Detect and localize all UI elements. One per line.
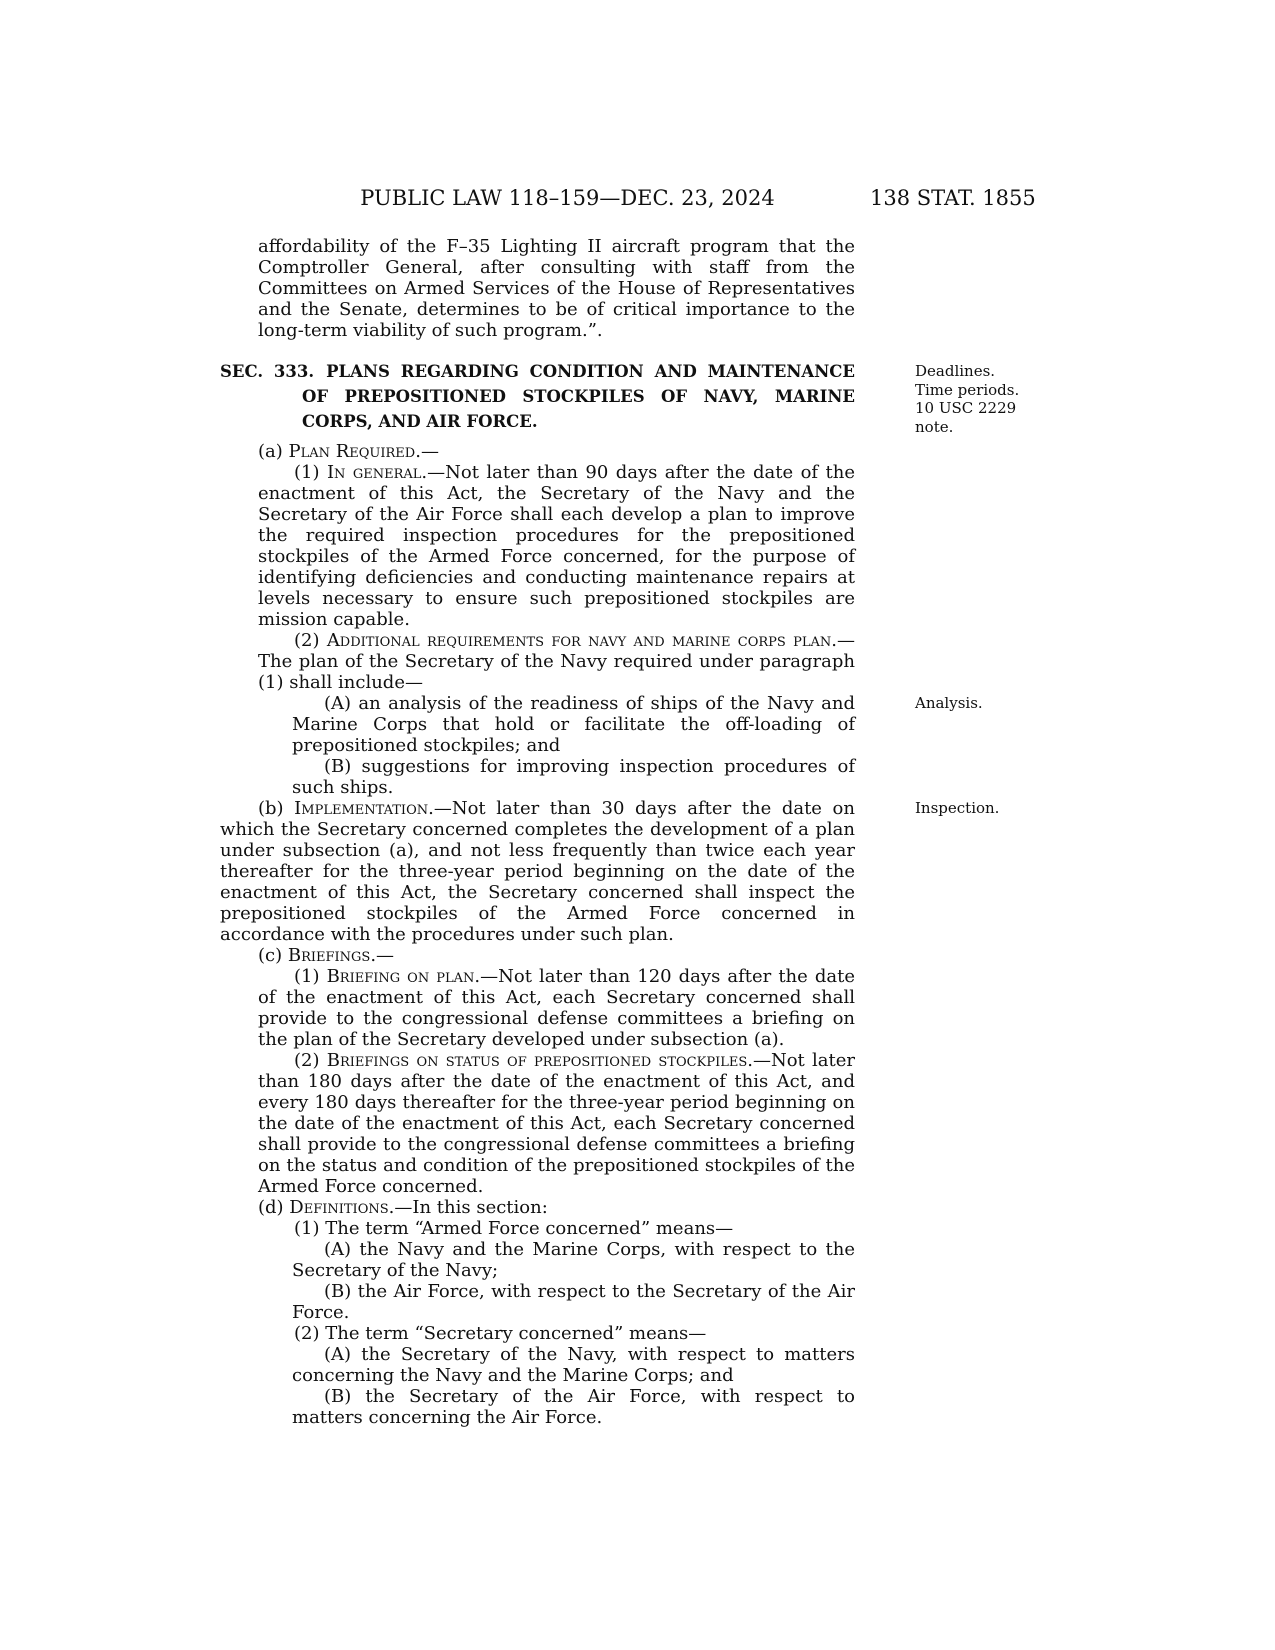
text-run: (B) suggestions for improving inspection… [292, 756, 855, 798]
text-run: (B) the Air Force, with respect to the S… [292, 1281, 855, 1323]
margin-note-inspection: Inspection. [915, 799, 999, 818]
paragraph-a: (a) Plan Required.— [220, 441, 855, 462]
paragraph-d: (d) Definitions.—In this section: [220, 1197, 855, 1218]
smallcaps-heading: Plan Required [289, 441, 416, 462]
paragraph-a2B: (B) suggestions for improving inspection… [292, 756, 855, 798]
smallcaps-heading: Definitions [289, 1197, 388, 1218]
running-head-law-title: PUBLIC LAW 118–159—DEC. 23, 2024 [250, 186, 885, 210]
text-run: .— [370, 945, 394, 966]
text-run: .— [415, 441, 439, 462]
margin-note-line: Analysis. [915, 694, 983, 713]
text-run: (a) [258, 441, 289, 462]
document-page: PUBLIC LAW 118–159—DEC. 23, 2024 138 STA… [0, 0, 1275, 1650]
text-run: .—In this section: [389, 1197, 548, 1218]
text-run: .—Not later than 180 days after the date… [258, 1050, 855, 1197]
text-run: (2) The term “Secretary concerned” means… [294, 1323, 706, 1344]
smallcaps-heading: Additional requirements for navy and mar… [327, 630, 831, 651]
margin-note-line: Deadlines. [915, 362, 1019, 381]
paragraph-b: (b) Implementation.—Not later than 30 da… [220, 798, 855, 945]
text-run: (A) an analysis of the readiness of ship… [292, 693, 855, 756]
section-title: PLANS REGARDING CONDITION AND MAINTENANC… [302, 362, 855, 431]
text-run: (1) [294, 462, 327, 483]
section-number: SEC. 333. [220, 362, 314, 381]
paragraph-d1A: (A) the Navy and the Marine Corps, with … [292, 1239, 855, 1281]
text-run: (b) [258, 798, 294, 819]
text-run: .—Not later than 30 days after the date … [220, 798, 855, 945]
paragraph-c: (c) Briefings.— [220, 945, 855, 966]
text-run: .—Not later than 90 days after the date … [258, 462, 855, 630]
paragraph-d2B: (B) the Secretary of the Air Force, with… [292, 1386, 855, 1428]
smallcaps-heading: Briefings [288, 945, 370, 966]
text-run: (1) [294, 966, 327, 987]
smallcaps-heading: In general [327, 462, 421, 483]
text-run: (d) [258, 1197, 289, 1218]
paragraph-d1B: (B) the Air Force, with respect to the S… [292, 1281, 855, 1323]
statute-body: (a) Plan Required.—(1) In general.—Not l… [220, 441, 855, 1428]
margin-note-line: 10 USC 2229 [915, 399, 1019, 418]
smallcaps-heading: Briefing on plan [327, 966, 475, 987]
paragraph-a2A: (A) an analysis of the readiness of ship… [292, 693, 855, 756]
quoted-amendment-continuation: affordability of the F–35 Lighting II ai… [258, 236, 855, 341]
text-run: (2) [294, 1050, 327, 1071]
text-run: (B) the Secretary of the Air Force, with… [292, 1386, 855, 1428]
running-head-stat-number: 138 STAT. 1855 [870, 186, 1036, 210]
text-run: (2) [294, 630, 327, 651]
smallcaps-heading: Implementation [294, 798, 428, 819]
margin-note-line: Time periods. [915, 381, 1019, 400]
text-run: (c) [258, 945, 288, 966]
paragraph-a2: (2) Additional requirements for navy and… [258, 630, 855, 693]
margin-note-line: note. [915, 418, 1019, 437]
running-head: PUBLIC LAW 118–159—DEC. 23, 2024 138 STA… [220, 186, 855, 213]
smallcaps-heading: Briefings on status of prepositioned sto… [327, 1050, 747, 1071]
section-333-heading: SEC. 333.PLANS REGARDING CONDITION AND M… [220, 359, 855, 434]
paragraph-c1: (1) Briefing on plan.—Not later than 120… [258, 966, 855, 1050]
margin-note-line: Inspection. [915, 799, 999, 818]
margin-note-usc: Deadlines. Time periods. 10 USC 2229 not… [915, 362, 1019, 436]
margin-note-analysis: Analysis. [915, 694, 983, 713]
paragraph-d2A: (A) the Secretary of the Navy, with resp… [292, 1344, 855, 1386]
text-run: (1) The term “Armed Force concerned” mea… [294, 1218, 733, 1239]
paragraph-d2: (2) The term “Secretary concerned” means… [258, 1323, 855, 1344]
page-content: PUBLIC LAW 118–159—DEC. 23, 2024 138 STA… [220, 186, 855, 1428]
paragraph-d1: (1) The term “Armed Force concerned” mea… [258, 1218, 855, 1239]
paragraph-c2: (2) Briefings on status of prepositioned… [258, 1050, 855, 1197]
text-run: (A) the Secretary of the Navy, with resp… [292, 1344, 855, 1386]
text-run: (A) the Navy and the Marine Corps, with … [292, 1239, 855, 1281]
paragraph-a1: (1) In general.—Not later than 90 days a… [258, 462, 855, 630]
